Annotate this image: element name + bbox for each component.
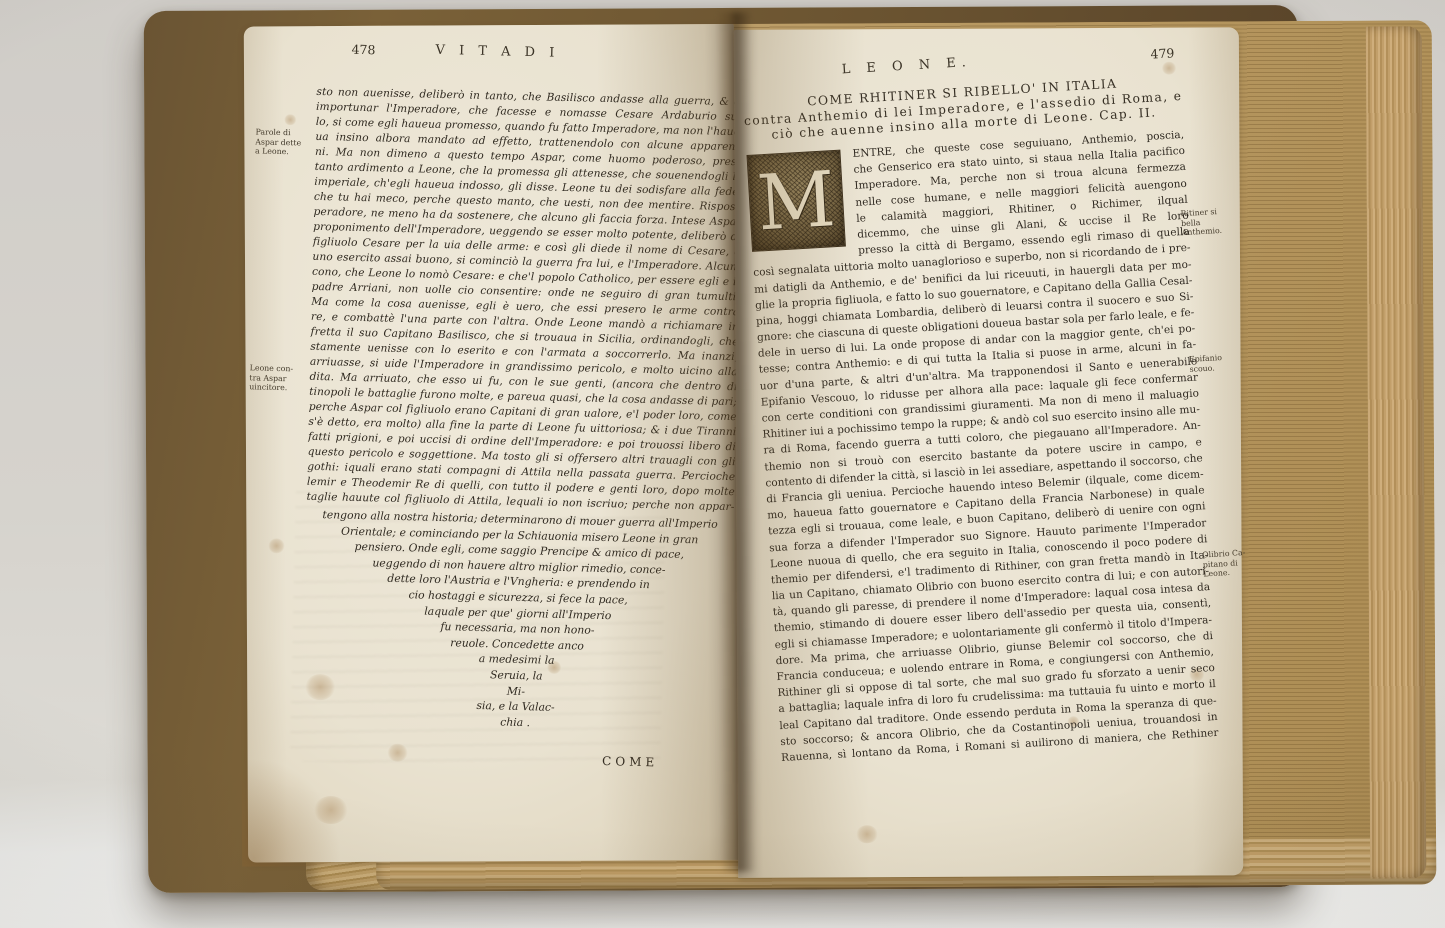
left-page-content: 478 V I T A D I Parole diAspar dettea Le… <box>236 19 746 867</box>
left-page: 478 V I T A D I Parole diAspar dettea Le… <box>244 24 738 863</box>
text-line: a Leone. <box>255 147 313 158</box>
right-page-content: L E O N E. 479 COME RHITINER SI RIBELLO'… <box>712 15 1265 891</box>
right-page: L E O N E. 479 COME RHITINER SI RIBELLO'… <box>734 27 1243 878</box>
left-taper-text: tengono alla nostra historia; determinar… <box>301 507 734 736</box>
left-page-number: 478 <box>351 42 375 58</box>
right-page-number: 479 <box>1150 45 1175 61</box>
left-body-text: sto non auenisse, deliberò in tanto, che… <box>306 85 744 515</box>
margin-note: Parole diAspar dettea Leone. <box>255 127 314 157</box>
text-line: Leone. <box>1203 567 1249 579</box>
catchword: COME <box>602 754 658 769</box>
book-cover: 478 V I T A D I Parole diAspar dettea Le… <box>144 5 1303 893</box>
margin-note: Leone con-tra Asparuincitore. <box>249 363 308 393</box>
right-fore-edge <box>1366 26 1426 878</box>
right-running-title: L E O N E. <box>841 55 972 77</box>
drop-cap-letter: M <box>755 161 837 241</box>
text-line: uincitore. <box>249 382 307 393</box>
left-running-title: V I T A D I <box>435 43 559 61</box>
right-body-full: così segnalata uittoria molto uanaglorio… <box>753 240 1219 766</box>
woodcut-initial-M: M <box>746 150 845 252</box>
right-body-text: M ENTRE, che queste cose seguiuano, Anth… <box>746 127 1219 766</box>
book-photo: 478 V I T A D I Parole diAspar dettea Le… <box>0 0 1445 928</box>
